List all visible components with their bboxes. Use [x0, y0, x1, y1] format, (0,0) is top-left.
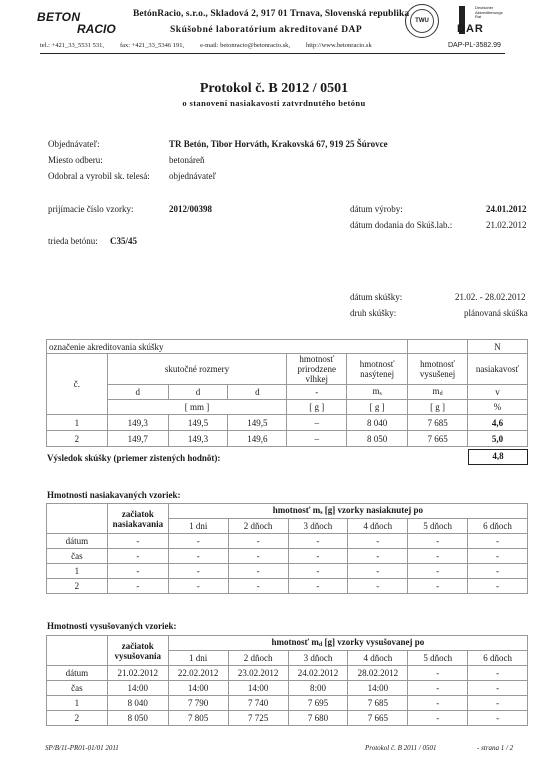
test-date-label: dátum skúšky: [350, 292, 402, 302]
table-cell: 14:00 [228, 681, 288, 696]
col-header-day: 4 dňoch [348, 651, 408, 666]
symbol-cell: md [408, 385, 468, 400]
unit-cell: [ g ] [347, 400, 408, 415]
corner-cell [47, 636, 108, 666]
table-cell: - [468, 681, 528, 696]
table-row: 1 149,3 149,5 149,5 – 8 040 7 685 4,6 [47, 415, 528, 431]
table-cell: 7 740 [228, 696, 288, 711]
seal-text: TWU [415, 18, 429, 24]
table-cell: - [408, 549, 468, 564]
table-cell: - [468, 579, 528, 594]
table-row: 2------- [47, 579, 528, 594]
table-cell: - [288, 534, 348, 549]
col-header-start: začiatok vysušovania [107, 636, 168, 666]
symbol-text: m [433, 386, 440, 396]
table-cell: - [228, 564, 288, 579]
taken-label: Odobral a vyrobil sk. telesá: [48, 171, 150, 181]
table-cell: - [168, 534, 228, 549]
group-header-text: [g] vzorky vysušovanej po [322, 637, 424, 647]
table-cell: 7 695 [288, 696, 348, 711]
empty-cell [408, 340, 468, 354]
cell-dried: 7 685 [408, 415, 468, 431]
cell-no: 1 [47, 415, 108, 431]
cell-d2: 149,3 [168, 431, 228, 447]
certification-seal-icon: TWU [405, 4, 439, 38]
col-header-no: č. [47, 354, 108, 415]
table-cell: - [348, 579, 408, 594]
company-address: BetónRacio, s.r.o., Skladová 2, 917 01 T… [133, 9, 409, 19]
row-label: 1 [47, 564, 108, 579]
dar-logo-icon: Deutscher Akkreditierungs Rat DAR [455, 4, 511, 38]
table-cell: - [228, 534, 288, 549]
header-divider [40, 53, 505, 54]
col-header-day: 2 dňoch [228, 651, 288, 666]
dried-section-title: Hmotnosti vysušovaných vzoriek: [47, 621, 177, 631]
col-header-day: 4 dňoch [348, 519, 408, 534]
sample-no-value: 2012/00398 [169, 204, 212, 214]
cell-d3: 149,6 [228, 431, 287, 447]
cell-d1: 149,3 [107, 415, 168, 431]
table-cell: - [468, 696, 528, 711]
col-header-day: 3 dňoch [288, 519, 348, 534]
test-date-value: 21.02. - 28.02.2012 [455, 292, 526, 302]
table-cell: - [408, 681, 468, 696]
cell-d3: 149,5 [228, 415, 287, 431]
unit-cell: % [468, 400, 528, 415]
table-cell: - [408, 711, 468, 726]
table-cell: - [288, 549, 348, 564]
table-cell: - [408, 696, 468, 711]
col-header-day: 1 dni [168, 519, 228, 534]
unit-cell: [ g ] [287, 400, 347, 415]
table-row: čas14:0014:0014:008:0014:00-- [47, 681, 528, 696]
accreditation-code: DAP-PL-3582.99 [448, 42, 501, 49]
taken-value: objednávateľ [169, 171, 216, 181]
cell-saturated: 8 050 [347, 431, 408, 447]
unit-cell: [ g ] [408, 400, 468, 415]
table-cell: 14:00 [107, 681, 168, 696]
table-cell: 23.02.2012 [228, 666, 288, 681]
table-cell: 14:00 [168, 681, 228, 696]
dar-caption-line: Rat [475, 15, 503, 20]
col-header-absorption: nasiakavosť [468, 354, 528, 385]
page-subtitle: o stanovení nasiakavosti zatvrdnutého be… [0, 98, 548, 108]
saturated-section-title: Hmotnosti nasiakavaných vzoriek: [47, 490, 181, 500]
dried-masses-table: začiatok vysušovania hmotnosť md [g] vzo… [46, 635, 528, 726]
result-label: Výsledok skúšky (priemer zistených hodnô… [47, 453, 220, 463]
corner-cell [47, 504, 108, 534]
cell-d1: 149,7 [107, 431, 168, 447]
cell-no: 2 [47, 431, 108, 447]
table-cell: 22.02.2012 [168, 666, 228, 681]
table-cell: - [348, 549, 408, 564]
cell-d2: 149,5 [168, 415, 228, 431]
col-header-day: 3 dňoch [288, 651, 348, 666]
table-cell: - [408, 534, 468, 549]
col-header-start: začiatok nasiakavania [107, 504, 168, 534]
cell-natural: – [287, 431, 347, 447]
cell-absorption: 4,6 [468, 415, 528, 431]
lab-accreditation-line: Skúšobné laboratórium akreditované DAP [170, 25, 362, 35]
cell-dried: 7 665 [408, 431, 468, 447]
contact-website[interactable]: http://www.betonracio.sk [306, 42, 372, 49]
place-value: betonáreň [169, 155, 204, 165]
table-cell: 24.02.2012 [288, 666, 348, 681]
table-cell: - [348, 564, 408, 579]
table-row: čas------- [47, 549, 528, 564]
table-row: dátum21.02.201222.02.201223.02.201224.02… [47, 666, 528, 681]
table-cell: - [107, 534, 168, 549]
cell-absorption: 5,0 [468, 431, 528, 447]
dar-caption: Deutscher Akkreditierungs Rat [475, 6, 503, 20]
row-label: 1 [47, 696, 108, 711]
table-cell: 14:00 [348, 681, 408, 696]
table-cell: 7 685 [348, 696, 408, 711]
col-header-dimensions: skutočné rozmery [107, 354, 287, 385]
row-label: 2 [47, 579, 108, 594]
table-cell: 8 040 [107, 696, 168, 711]
company-logo: BETON RACIO [37, 10, 127, 42]
table-cell: - [468, 711, 528, 726]
col-header-day: 6 dňoch [468, 519, 528, 534]
table-cell: - [408, 579, 468, 594]
table-cell: - [168, 564, 228, 579]
row-label: dátum [47, 534, 108, 549]
table-cell: - [348, 534, 408, 549]
absorption-results-table: označenie akreditovania skúšky N č. skut… [46, 339, 528, 447]
accreditation-label-cell: označenie akreditovania skúšky [47, 340, 408, 354]
production-date-value: 24.01.2012 [486, 204, 527, 214]
row-label: čas [47, 549, 108, 564]
logo-racio-text: RACIO [77, 22, 116, 36]
col-header-dried-mass: hmotnosť vysušenej [408, 354, 468, 385]
row-label: 2 [47, 711, 108, 726]
concrete-class-label: trieda betónu: [48, 236, 98, 246]
table-cell: 7 805 [168, 711, 228, 726]
test-type-label: druh skúšky: [350, 308, 396, 318]
col-header-day: 1 dni [168, 651, 228, 666]
table-cell: 21.02.2012 [107, 666, 168, 681]
col-header-day: 5 dňoch [408, 519, 468, 534]
concrete-class-value: C35/45 [110, 236, 137, 246]
table-cell: - [168, 579, 228, 594]
sample-no-label: prijímacie číslo vzorky: [48, 204, 133, 214]
table-row: 2 149,7 149,3 149,6 – 8 050 7 665 5,0 [47, 431, 528, 447]
symbol-cell: - [287, 385, 347, 400]
symbol-cell: d [107, 385, 168, 400]
table-cell: - [228, 579, 288, 594]
table-cell: - [107, 564, 168, 579]
place-label: Miesto odberu: [48, 155, 103, 165]
row-label: čas [47, 681, 108, 696]
accreditation-mark-cell: N [468, 340, 528, 354]
delivery-date-value: 21.02.2012 [486, 220, 527, 230]
contact-phone: tel.: +421_33_5531 531, [40, 42, 104, 49]
symbol-cell: ms [347, 385, 408, 400]
table-row: dátum------- [47, 534, 528, 549]
table-cell: - [168, 549, 228, 564]
logo-beton-text: BETON [37, 10, 80, 24]
group-header-text: hmotnosť m [271, 637, 318, 647]
col-header-natural-mass: hmotnosť prirodzene vlhkej [287, 354, 347, 385]
group-header-text: [g] vzorky nasiaknutej po [323, 505, 424, 515]
dar-logo-text: DAR [457, 23, 484, 35]
table-cell: - [228, 549, 288, 564]
test-type-value: plánovaná skúška [464, 308, 528, 318]
table-row: 28 0507 8057 7257 6807 665-- [47, 711, 528, 726]
col-header-day: 2 dňoch [228, 519, 288, 534]
table-cell: - [468, 564, 528, 579]
table-cell: - [468, 666, 528, 681]
symbol-cell: d [168, 385, 228, 400]
table-cell: - [468, 549, 528, 564]
table-cell: - [288, 579, 348, 594]
cell-saturated: 8 040 [347, 415, 408, 431]
col-header-day: 5 dňoch [408, 651, 468, 666]
saturated-masses-table: začiatok nasiakavania hmotnosť ms [g] vz… [46, 503, 528, 594]
table-row: 18 0407 7907 7407 6957 685-- [47, 696, 528, 711]
symbol-cell: v [468, 385, 528, 400]
table-row: 1------- [47, 564, 528, 579]
row-label: dátum [47, 666, 108, 681]
table-cell: 7 665 [348, 711, 408, 726]
col-header-saturated-mass: hmotnosť nasýtenej [347, 354, 408, 385]
production-date-label: dátum výroby: [350, 204, 403, 214]
client-value: TR Betón, Tibor Horváth, Krakovská 67, 9… [169, 139, 388, 149]
unit-cell: [ mm ] [107, 400, 287, 415]
symbol-text: m [372, 386, 379, 396]
contact-email[interactable]: e-mail: betonracio@betonracio.sk, [200, 42, 290, 49]
symbol-sub: s [380, 391, 382, 397]
contact-line: tel.: +421_33_5531 531, fax: +421_33_534… [40, 42, 400, 49]
table-cell: - [408, 564, 468, 579]
symbol-cell: d [228, 385, 287, 400]
delivery-date-label: dátum dodania do Skúš.lab.: [350, 220, 452, 230]
table-cell: - [107, 579, 168, 594]
table-cell: 7 680 [288, 711, 348, 726]
table-cell: 28.02.2012 [348, 666, 408, 681]
footer-protocol-ref: Protokol č. B 2011 / 0501 [365, 744, 437, 752]
page-title: Protokol č. B 2012 / 0501 [0, 81, 548, 97]
contact-fax: fax: +421_33_5346 191, [120, 42, 184, 49]
table-cell: 8 050 [107, 711, 168, 726]
group-header-text: hmotnosť m [273, 505, 320, 515]
table-cell: 8:00 [288, 681, 348, 696]
table-cell: - [408, 666, 468, 681]
table-cell: - [468, 534, 528, 549]
page-number: - strana 1 / 2 [477, 744, 513, 752]
col-header-day: 6 dňoch [468, 651, 528, 666]
result-value-box: 4,8 [468, 449, 528, 465]
group-header: hmotnosť md [g] vzorky vysušovanej po [168, 636, 527, 651]
client-label: Objednávateľ: [48, 139, 100, 149]
cell-natural: – [287, 415, 347, 431]
table-cell: 7 790 [168, 696, 228, 711]
table-cell: 7 725 [228, 711, 288, 726]
table-cell: - [288, 564, 348, 579]
symbol-sub: d [440, 391, 443, 397]
form-code: SP/B/11-PR01-01/01 2011 [45, 744, 119, 752]
table-cell: - [107, 549, 168, 564]
group-header: hmotnosť ms [g] vzorky nasiaknutej po [168, 504, 527, 519]
